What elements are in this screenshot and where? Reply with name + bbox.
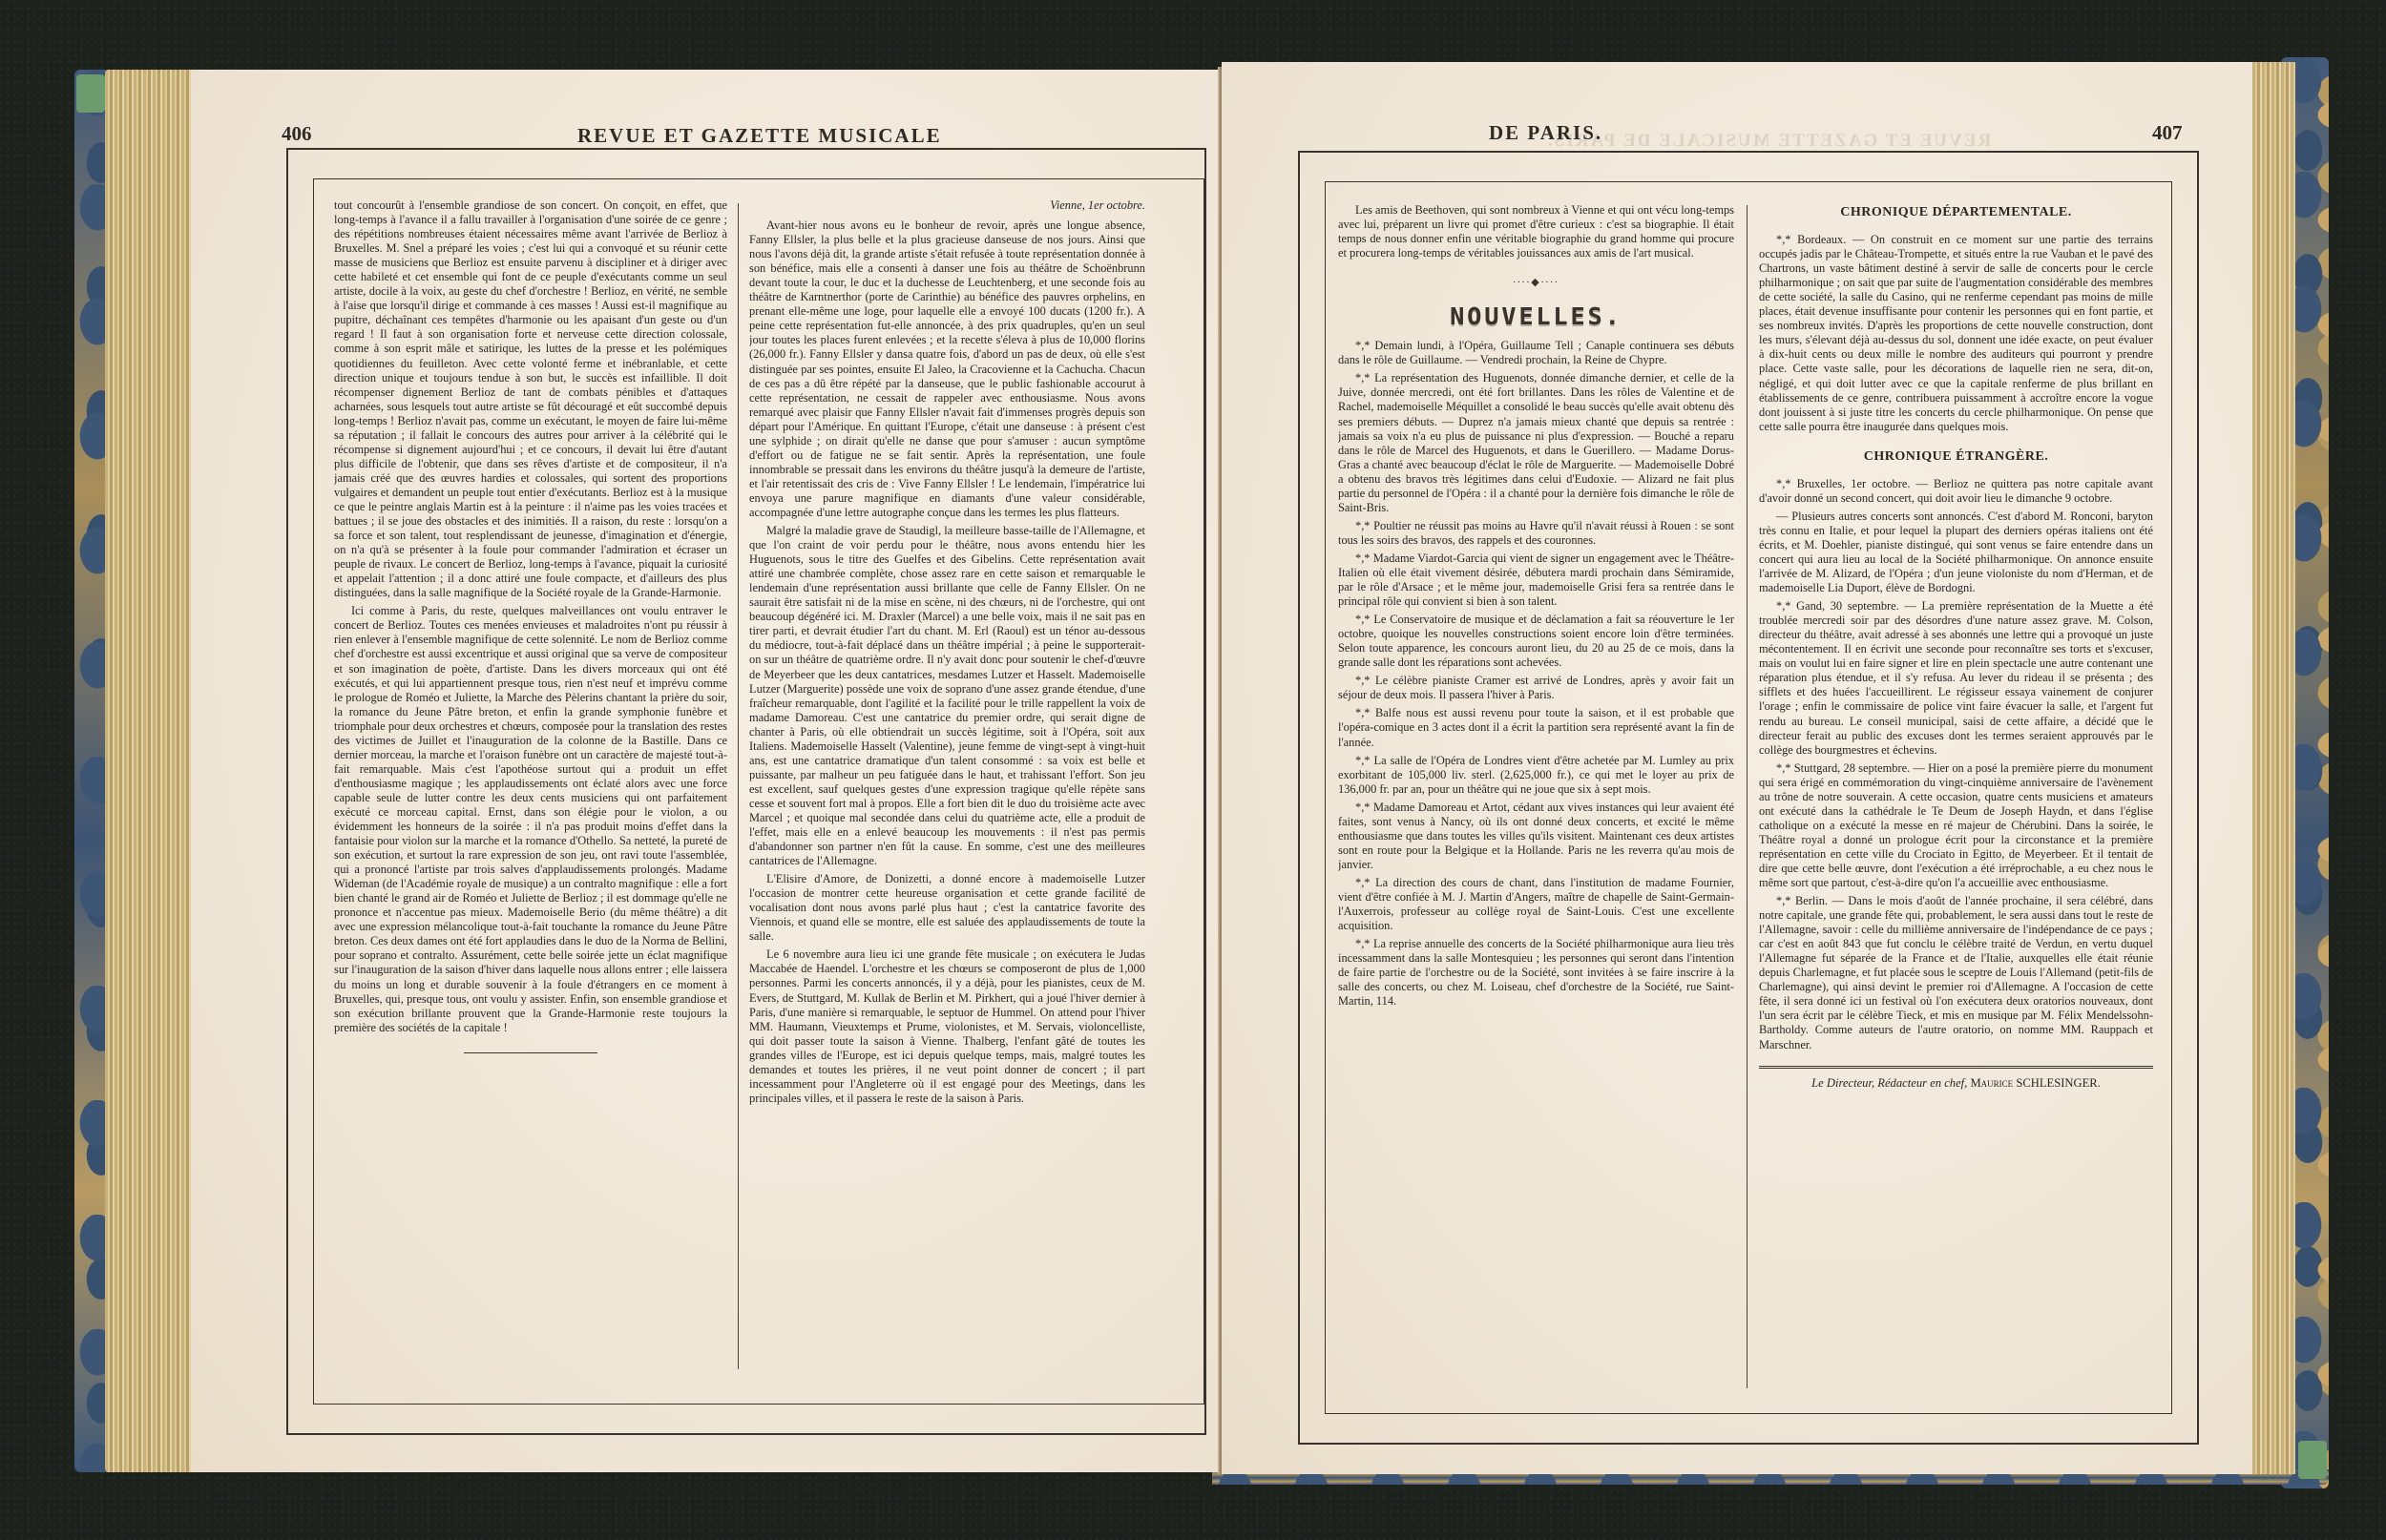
news-item: *,* Madame Viardot-Garcia qui vient de s… (1338, 551, 1734, 609)
news-item: *,* Poultier ne réussit pas moins au Hav… (1338, 519, 1734, 548)
page-number: 406 (282, 122, 312, 146)
signature-last-name: SCHLESINGER. (2016, 1076, 2101, 1090)
chronicle-item: *,* Bordeaux. — On construit en ce momen… (1759, 233, 2153, 434)
news-item: *,* Madame Damoreau et Artot, cédant aux… (1338, 801, 1734, 872)
paragraph: Ici comme à Paris, du reste, quelques ma… (334, 604, 727, 1034)
right-page: REVUE ET GAZETTE MUSICALE DE PARIS. DE P… (1222, 62, 2252, 1474)
show-through-running-head: REVUE ET GAZETTE MUSICALE DE PARIS. (1546, 131, 1991, 152)
chronicle-item: — Plusieurs autres concerts sont annoncé… (1759, 510, 2153, 595)
column-divider (1747, 205, 1748, 1388)
paragraph: Malgré la maladie grave de Staudigl, la … (749, 524, 1145, 868)
chronicle-item: *,* Berlin. — Dans le mois d'août de l'a… (1759, 894, 2153, 1052)
article-column-vienna: Vienne, 1er octobre. Avant-hier nous avo… (749, 198, 1145, 1382)
paragraph: L'Elisire d'Amore, de Donizetti, a donné… (749, 872, 1145, 944)
left-page: 406 REVUE ET GAZETTE MUSICALE tout conco… (191, 70, 1222, 1472)
signature-first-name: Maurice (1970, 1076, 2013, 1090)
dateline: Vienne, 1er octobre. (749, 198, 1145, 213)
page-stack-left (105, 70, 200, 1472)
signature-title: Le Directeur, Rédacteur en chef, (1811, 1076, 1967, 1090)
cover-corner-leather (76, 74, 105, 113)
news-item: *,* Demain lundi, à l'Opéra, Guillaume T… (1338, 339, 1734, 367)
news-item: *,* Balfe nous est aussi revenu pour tou… (1338, 706, 1734, 749)
running-head: DE PARIS. (1489, 121, 1602, 145)
news-item: *,* La direction des cours de chant, dan… (1338, 876, 1734, 933)
news-item: *,* La représentation des Huguenots, don… (1338, 371, 1734, 514)
chronicle-column: CHRONIQUE DÉPARTEMENTALE. *,* Bordeaux. … (1759, 203, 2153, 1401)
editor-signature: Le Directeur, Rédacteur en chef, Maurice… (1759, 1076, 2153, 1091)
news-item: *,* Le Conservatoire de musique et de dé… (1338, 613, 1734, 670)
cover-corner-leather (2298, 1441, 2327, 1479)
news-item: *,* La reprise annuelle des concerts de … (1338, 937, 1734, 1009)
running-head: REVUE ET GAZETTE MUSICALE (577, 124, 942, 148)
paragraph: Avant-hier nous avons eu le bonheur de r… (749, 219, 1145, 520)
paragraph: Le 6 novembre aura lieu ici une grande f… (749, 947, 1145, 1106)
news-item: *,* La salle de l'Opéra de Londres vient… (1338, 754, 1734, 797)
signature-rule (1759, 1066, 2153, 1069)
chronicle-item: *,* Bruxelles, 1er octobre. — Berlioz ne… (1759, 477, 2153, 506)
section-title-etrangere: CHRONIQUE ÉTRANGÈRE. (1759, 449, 2153, 464)
section-title-departementale: CHRONIQUE DÉPARTEMENTALE. (1759, 205, 2153, 219)
paragraph: Les amis de Beethoven, qui sont nombreux… (1338, 203, 1734, 260)
nouvelles-column: Les amis de Beethoven, qui sont nombreux… (1338, 203, 1734, 1386)
chronicle-item: *,* Gand, 30 septembre. — La première re… (1759, 599, 2153, 758)
page-number: 407 (2152, 121, 2183, 145)
article-column-brussels: tout concourût à l'ensemble grandiose de… (334, 198, 727, 1382)
column-divider (738, 203, 739, 1369)
chronicle-item: *,* Stuttgard, 28 septembre. — Hier on a… (1759, 761, 2153, 890)
paragraph: tout concourût à l'ensemble grandiose de… (334, 198, 727, 600)
ornamental-divider: ∙∙∙∙◆∙∙∙∙ (1338, 276, 1734, 290)
news-item: *,* Le célèbre pianiste Cramer est arriv… (1338, 674, 1734, 702)
section-title-nouvelles: NOUVELLES. (1338, 309, 1734, 323)
closing-rule (464, 1052, 597, 1053)
